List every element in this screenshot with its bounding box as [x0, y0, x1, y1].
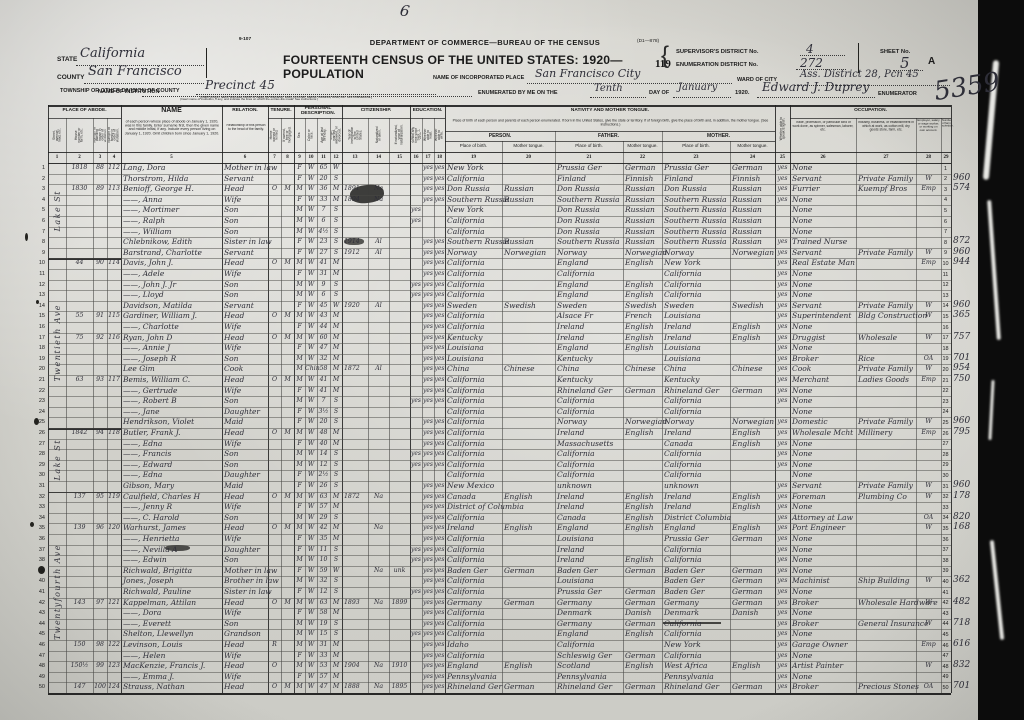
enumerator-label: ENUMERATOR — [878, 91, 917, 97]
cell-industry: Private Family — [856, 174, 918, 185]
cell-name: ——, Edwin — [121, 555, 224, 566]
cell-name: Richwald, Pauline — [121, 587, 224, 598]
census-row: ——, AnnaWifeFW33M1894NayesyesSouthern Ru… — [48, 195, 951, 206]
cell-name: ——, Ralph — [121, 216, 224, 227]
cell-pob: China — [445, 364, 504, 375]
cell-write: yes — [434, 513, 445, 524]
row-number-left: 42 — [30, 599, 45, 608]
cell-sex: M — [294, 492, 305, 503]
row-number-left: 36 — [30, 535, 45, 544]
cell-mother_pob: Ireland — [662, 492, 732, 503]
cell-mother_pob: New York — [662, 640, 732, 651]
cell-read: yes — [422, 576, 434, 587]
cell-father_pob: Massachusetts — [555, 439, 625, 450]
occupation-code: 832 — [953, 660, 979, 670]
row-number-right: 30 — [941, 472, 950, 481]
col-note-dwelling: Number of dwelling house in order of vis… — [94, 119, 106, 151]
column-number: 16 — [410, 153, 422, 163]
cell-family: 112 — [107, 163, 121, 174]
cell-age: 44 — [317, 322, 330, 333]
cell-nat: Al — [368, 364, 389, 375]
cell-dwelling: 91 — [93, 311, 107, 322]
row-number-right: 48 — [941, 663, 950, 672]
cell-relation: Head — [222, 492, 270, 503]
cell-marital: S — [330, 205, 342, 216]
row-number-left: 34 — [30, 514, 45, 523]
cell-read: yes — [422, 555, 434, 566]
cell-color: W — [305, 407, 317, 418]
col-note-sex: Sex. — [295, 119, 304, 151]
census-row: Chlebnikow, EdithSister in lawFW23S1914A… — [48, 237, 951, 248]
tongue-subcolumn-label: Mother tongue. — [730, 143, 775, 148]
cell-relation: Wife — [222, 608, 270, 619]
cell-pob: Southern Russia — [445, 195, 504, 206]
cell-father_pob: Southern Russia — [555, 237, 625, 248]
cell-color: W — [305, 640, 317, 651]
cell-father_tongue: German — [623, 598, 664, 609]
cell-sex: M — [294, 661, 305, 672]
col-note-house: House number or farm, etc. — [67, 119, 92, 151]
cell-marital: M — [330, 343, 342, 354]
occupation-code: 616 — [953, 639, 979, 649]
cell-name: ——, Annie J — [121, 343, 224, 354]
cell-father_tongue: Russian — [623, 216, 664, 227]
cell-marital: S — [330, 545, 342, 556]
census-row: 150½99123MacKenzie, Francis J.HeadOMW53M… — [48, 661, 951, 672]
occupation-code: 954 — [953, 363, 979, 373]
row-number-right: 15 — [941, 313, 950, 322]
cell-pob: California — [445, 417, 504, 428]
cell-marital: M — [330, 184, 342, 195]
cell-mother_tongue: English — [730, 322, 777, 333]
cell-occupation: Cook — [790, 364, 858, 375]
cell-family: 120 — [107, 523, 121, 534]
cell-occupation: Merchant — [790, 375, 858, 386]
cell-relation: Cook — [222, 364, 270, 375]
census-row: ——, RalphSonMW6SyesCaliforniaDon RussiaR… — [48, 216, 951, 227]
cell-marital: M — [330, 195, 342, 206]
cell-sex: M — [294, 258, 305, 269]
cell-employment: W — [916, 619, 941, 630]
cell-name: ——, Jane — [121, 407, 224, 418]
row-number-right: 34 — [941, 514, 950, 523]
cell-father_tongue: Russian — [623, 184, 664, 195]
cell-age: 31 — [317, 640, 330, 651]
cell-mortgage: M — [281, 682, 294, 693]
cell-father_pob: Don Russia — [555, 227, 625, 238]
cell-read: yes — [422, 619, 434, 630]
cell-relation: Son — [222, 396, 270, 407]
cell-mother_pob: Baden Ger — [662, 587, 732, 598]
cell-sex: F — [294, 651, 305, 662]
cell-pob: California — [445, 375, 504, 386]
row-number-right: 47 — [941, 652, 950, 661]
cell-occupation: None — [790, 163, 858, 174]
cell-name: Jones, Joseph — [121, 576, 224, 587]
cell-read: yes — [422, 248, 434, 259]
col-note-text: Number of dwelling house in order of vis… — [94, 119, 106, 151]
cell-imm: 1888 — [342, 682, 370, 693]
cell-father_pob: Don Russia — [555, 216, 625, 227]
cell-house: 1842 — [66, 428, 93, 439]
cell-write: yes — [434, 619, 445, 630]
cell-color: W — [305, 322, 317, 333]
cell-industry: Rice — [856, 354, 918, 365]
cell-age: 35 — [317, 534, 330, 545]
cell-pob: California — [445, 534, 504, 545]
cell-english: yes — [775, 587, 790, 598]
cell-read: yes — [422, 195, 434, 206]
cell-industry: Private Family — [856, 364, 918, 375]
census-row: ——, MortimerSonMW7SyesNew YorkDon Russia… — [48, 205, 951, 216]
cell-father_tongue: German — [623, 386, 664, 397]
cell-relation: Mother in law — [222, 163, 270, 174]
column-number: 25 — [775, 153, 790, 163]
cell-mother_tongue: German — [730, 534, 777, 545]
cell-name: Caulfield, Charles H — [121, 492, 224, 503]
cell-mother_pob: Prussia Ger — [662, 534, 732, 545]
cell-industry: Plumbing Co — [856, 492, 918, 503]
census-row: ——, HenriettaWifeFW35MyesyesCaliforniaLo… — [48, 534, 951, 545]
cell-pob_tongue: Swedish — [502, 301, 557, 312]
cell-school: yes — [410, 555, 422, 566]
cell-pob: England — [445, 661, 504, 672]
column-number: 27 — [856, 153, 916, 163]
cell-father_tongue: English — [623, 502, 664, 513]
cell-write: yes — [434, 534, 445, 545]
row-number-left: 27 — [30, 440, 45, 449]
cell-marital: S — [330, 481, 342, 492]
cell-sex: F — [294, 237, 305, 248]
cell-write: yes — [434, 364, 445, 375]
col-note-text: Attended school any time since Sept. 1, … — [411, 119, 421, 151]
row-number-left: 5 — [30, 206, 45, 215]
cell-school: yes — [410, 205, 422, 216]
cell-pob: California — [445, 407, 504, 418]
cell-mother_tongue: English — [730, 492, 777, 503]
cell-occupation: Machinist — [790, 576, 858, 587]
cell-father_tongue: Russian — [623, 227, 664, 238]
cell-employment: W — [916, 492, 941, 503]
cell-pob_tongue: Russian — [502, 195, 557, 206]
cell-name: Chlebnikow, Edith — [121, 237, 224, 248]
cell-color: W — [305, 280, 317, 291]
cell-write: yes — [434, 587, 445, 598]
cell-father_tongue: Russian — [623, 205, 664, 216]
row-number-left: 15 — [30, 312, 45, 321]
cell-color: W — [305, 661, 317, 672]
cell-father_tongue: German — [623, 587, 664, 598]
cell-mother_pob: Louisiana — [662, 354, 732, 365]
cell-nat: Al — [368, 248, 389, 259]
cell-occupation: None — [790, 460, 858, 471]
cell-dwelling: 99 — [93, 661, 107, 672]
census-row: ——, Joseph RSonMW32MyesyesLouisianaKentu… — [48, 354, 951, 365]
cell-english: yes — [775, 608, 790, 619]
cell-color: W — [305, 513, 317, 524]
cell-house: 1830 — [66, 184, 93, 195]
cell-sex: M — [294, 364, 305, 375]
cell-write: yes — [434, 301, 445, 312]
column-group-tenure-: TENURE. — [268, 105, 294, 118]
census-row: Jones, JosephBrother in lawMW32SyesyesCa… — [48, 576, 951, 587]
row-number-right: 9 — [941, 249, 950, 258]
cell-mother_pob: Finland — [662, 174, 732, 185]
row-number-left: 19 — [30, 355, 45, 364]
pob-subcolumn-label: Place of birth. — [662, 143, 730, 148]
cell-occupation: Broker — [790, 619, 858, 630]
cell-mother_pob: California — [662, 651, 732, 662]
row-number-left: 13 — [30, 291, 45, 300]
cell-relation: Mother in law — [222, 566, 270, 577]
cell-pob: California — [445, 619, 504, 630]
cell-father_tongue: English — [623, 629, 664, 640]
cell-industry: Private Family — [856, 301, 918, 312]
cell-color: W — [305, 301, 317, 312]
cell-relation: Wife — [222, 343, 270, 354]
col-note-text: If naturalized, year of naturalization. — [390, 119, 409, 151]
cell-own: O — [268, 333, 281, 344]
occupation-code: 960 — [953, 300, 979, 310]
census-row: 13996120Warhurst, JamesHeadOMMW42MNayesy… — [48, 523, 951, 534]
cell-pob: California — [445, 439, 504, 450]
cell-relation: Wife — [222, 651, 270, 662]
cell-name: ——, Dora — [121, 608, 224, 619]
cell-color: W — [305, 184, 317, 195]
col-note-text: Single, married, widowed, or divorced. — [331, 119, 341, 151]
column-group-name: NAME — [121, 105, 222, 118]
cell-age: 20 — [317, 174, 330, 185]
cell-marital: M — [330, 598, 342, 609]
state-label: STATE — [57, 56, 77, 63]
cell-natyr: 1895 — [389, 682, 410, 693]
row-number-right: 8 — [941, 239, 950, 248]
col-note-text: Home owned or rented. — [269, 119, 280, 151]
census-row: ——, Annie JWifeFW47MyesyesLouisianaEngla… — [48, 343, 951, 354]
cell-pob: California — [445, 280, 504, 291]
col-note-text: Sex. — [295, 119, 304, 151]
cell-relation: Son — [222, 619, 270, 630]
column-number: 7 — [268, 153, 281, 163]
cell-nat: Na — [368, 682, 389, 693]
cell-english: yes — [775, 534, 790, 545]
cell-mother_pob: China — [662, 364, 732, 375]
form-code: (D1—878) — [637, 39, 659, 44]
cell-father_pob: Pennsylvania — [555, 672, 625, 683]
cell-mother_pob: Louisiana — [662, 343, 732, 354]
cell-relation: Head — [222, 523, 270, 534]
cell-relation: Head — [222, 640, 270, 651]
cell-pob: New York — [445, 205, 504, 216]
cell-marital: M — [330, 258, 342, 269]
cell-dwelling: 95 — [93, 492, 107, 503]
census-row: ——, HelenWifeFW33MyesyesCaliforniaSchles… — [48, 651, 951, 662]
cell-mother_pob: Germany — [662, 598, 732, 609]
cell-occupation: Broker — [790, 354, 858, 365]
cell-english: yes — [775, 566, 790, 577]
column-number: 8 — [281, 153, 294, 163]
cell-name: Lang, Dora — [121, 163, 224, 174]
cell-father_pob: England — [555, 280, 625, 291]
cell-age: 58 — [317, 608, 330, 619]
cell-sex: M — [294, 629, 305, 640]
cell-industry: Wholesale — [856, 333, 918, 344]
cell-relation: Son — [222, 227, 270, 238]
census-row: Shelton, LlewellynGrandsonMW15Syesyesyes… — [48, 629, 951, 640]
cell-color: W — [305, 428, 317, 439]
cell-color: W — [305, 290, 317, 301]
cell-write: yes — [434, 386, 445, 397]
cell-read: yes — [422, 566, 434, 577]
cell-occupation: Trained Nurse — [790, 237, 858, 248]
cell-write: yes — [434, 449, 445, 460]
cell-imm: 1894 — [342, 195, 370, 206]
cell-color: W — [305, 460, 317, 471]
cell-father_pob: England — [555, 343, 625, 354]
cell-sex: M — [294, 227, 305, 238]
row-number-right: 50 — [941, 684, 950, 693]
column-number: 22 — [623, 153, 662, 163]
cell-industry: Millinery — [856, 428, 918, 439]
cell-pob_tongue: English — [502, 492, 557, 503]
cell-father_tongue: English — [623, 280, 664, 291]
cell-father_pob: Ireland — [555, 492, 625, 503]
cell-dwelling: 94 — [93, 428, 107, 439]
cell-age: 27 — [317, 248, 330, 259]
cell-age: 10 — [317, 555, 330, 566]
cell-occupation: Wholesale Mcht — [790, 428, 858, 439]
cell-pob: California — [445, 269, 504, 280]
occupation-code: 168 — [953, 522, 979, 532]
cell-house: 150½ — [66, 661, 93, 672]
cell-mother_tongue: German — [730, 386, 777, 397]
enumerated-label: ENUMERATED BY ME ON THE — [478, 90, 558, 96]
row-number-left: 41 — [30, 588, 45, 597]
cell-occupation: None — [790, 269, 858, 280]
cell-name: Shelton, Llewellyn — [121, 629, 224, 640]
cell-write: yes — [434, 174, 445, 185]
name-column-note: of each person whose place of abode on J… — [124, 120, 220, 136]
cell-relation: Head — [222, 333, 270, 344]
census-row: ——, EdnaDaughterFW2½SCaliforniaCaliforni… — [48, 470, 951, 481]
cell-write: yes — [434, 333, 445, 344]
cell-name: Gibson, Mary — [121, 481, 224, 492]
cell-pob_tongue: Russian — [502, 237, 557, 248]
cell-father_pob: Canada — [555, 513, 625, 524]
row-number-right: 4 — [941, 196, 950, 205]
row-number-left: 2 — [30, 175, 45, 184]
row-number-left: 50 — [30, 683, 45, 692]
cell-mother_pob: California — [662, 269, 732, 280]
cell-pob: California — [445, 629, 504, 640]
col-note-text: Year of immigration to the United States… — [343, 119, 367, 151]
employment-column-note: Employer, salary or wage worker, or work… — [917, 119, 940, 132]
cell-name: ——, Francis — [121, 449, 224, 460]
column-group-place-of-abode-: PLACE OF ABODE. — [48, 105, 121, 118]
cell-occupation: Artist Painter — [790, 661, 858, 672]
cell-name: ——, Lloyd — [121, 290, 224, 301]
cell-pob: California — [445, 555, 504, 566]
row-number-left: 39 — [30, 567, 45, 576]
row-number-right: 29 — [941, 461, 950, 470]
row-number-right: 24 — [941, 408, 950, 417]
cell-imm: 1914 — [342, 237, 370, 248]
column-number: 5 — [121, 153, 222, 163]
cell-write: yes — [434, 608, 445, 619]
cell-marital: M — [330, 269, 342, 280]
occupation-code: 944 — [953, 257, 979, 267]
cell-pob: Louisiana — [445, 343, 504, 354]
cell-sex: F — [294, 195, 305, 206]
cell-relation: Sister in law — [222, 587, 270, 598]
row-number-left: 28 — [30, 450, 45, 459]
cell-pob: California — [445, 460, 504, 471]
cell-marital: S — [330, 619, 342, 630]
cell-read: yes — [422, 481, 434, 492]
col-note-text: Age at last birthday. — [318, 119, 329, 151]
cell-own: O — [268, 375, 281, 386]
row-number-left: 47 — [30, 652, 45, 661]
cell-father_pob: California — [555, 269, 625, 280]
cell-age: 32 — [317, 576, 330, 587]
cell-occupation: None — [790, 343, 858, 354]
row-number-left: 33 — [30, 503, 45, 512]
cell-imm: 1891 — [342, 184, 370, 195]
father-subheader: FATHER. — [555, 132, 662, 141]
cell-color: W — [305, 598, 317, 609]
cell-age: 53 — [317, 661, 330, 672]
census-row: Lee GimCookMChin58M1872AlyesyesChinaChin… — [48, 364, 951, 375]
cell-english: yes — [775, 661, 790, 672]
cell-name: Levinson, Louis — [121, 640, 224, 651]
cell-read: yes — [422, 311, 434, 322]
cell-occupation: None — [790, 227, 858, 238]
cell-read: yes — [422, 449, 434, 460]
occupation-code: 701 — [953, 681, 979, 691]
census-row: Richwald, PaulineSister in lawFW12Syesye… — [48, 587, 951, 598]
cell-mother_pob: Southern Russia — [662, 216, 732, 227]
cell-age: 15 — [317, 629, 330, 640]
column-group-occupation-: OCCUPATION. — [790, 105, 951, 118]
cell-pob: Canada — [445, 492, 504, 503]
cell-occupation: Garage Owner — [790, 640, 858, 651]
cell-write: yes — [434, 640, 445, 651]
cell-father_pob: Prussia Ger — [555, 587, 625, 598]
cell-pob: California — [445, 258, 504, 269]
cell-father_tongue: English — [623, 428, 664, 439]
cell-english: yes — [775, 322, 790, 333]
cell-age: 36 — [317, 184, 330, 195]
census-row: Barstrand, CharlotteServantFW27S1912Alye… — [48, 248, 951, 259]
row-number-right: 33 — [941, 504, 950, 513]
cell-mother_pob: California — [662, 629, 732, 640]
row-number-right: 31 — [941, 483, 950, 492]
cell-relation: Son — [222, 513, 270, 524]
cell-color: W — [305, 470, 317, 481]
cell-marital: W — [330, 301, 342, 312]
cell-relation: Head — [222, 258, 270, 269]
census-row: 181888112Lang, DoraMother in lawFW65Wyes… — [48, 163, 951, 174]
census-row: ——, DoraWifeFW58MyesyesCaliforniaDenmark… — [48, 608, 951, 619]
cell-house: 75 — [66, 333, 93, 344]
cell-write: yes — [434, 672, 445, 683]
row-number-left: 31 — [30, 482, 45, 491]
cell-color: W — [305, 417, 317, 428]
cell-pob: California — [445, 545, 504, 556]
cell-father_pob: Don Russia — [555, 205, 625, 216]
cell-father_pob: Ireland — [555, 333, 625, 344]
cell-english: yes — [775, 460, 790, 471]
